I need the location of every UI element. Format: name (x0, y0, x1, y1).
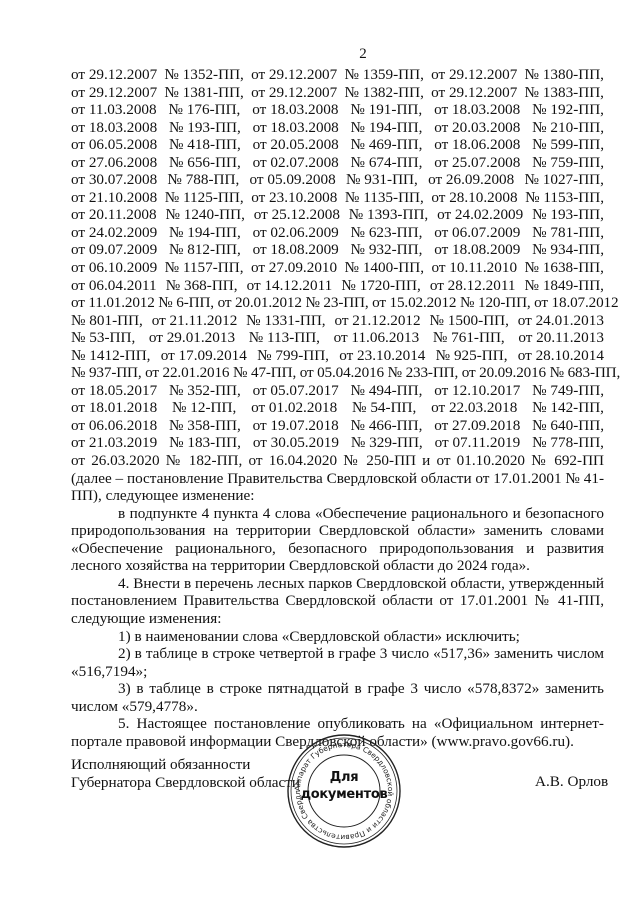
resolution-ref: от 29.01.2013 (149, 329, 235, 347)
resolution-ref: от 20.05.2008 (253, 136, 339, 154)
resolution-ref: от 05.09.2008 (250, 171, 336, 189)
resolution-ref: № 54-ПП, (352, 399, 416, 417)
paragraph-item-4-3: 3) в таблице в строке пятнадцатой в граф… (71, 680, 604, 715)
resolution-row: от 11.03.2008№ 176-ПП,от 18.03.2008№ 191… (71, 101, 604, 119)
resolution-ref: от 06.07.2009 (434, 224, 520, 242)
resolution-ref: от 02.06.2009 (253, 224, 339, 242)
resolution-row: от 21.10.2008№ 1125-ПП,от 23.10.2008№ 11… (71, 189, 604, 207)
resolution-ref: № 781-ПП, (532, 224, 604, 242)
paragraph-item-4-2: 2) в таблице в строке четвертой в графе … (71, 645, 604, 680)
resolution-ref: № 1135-ПП, (345, 189, 424, 207)
resolution-ref: от 09.07.2009 (71, 241, 157, 259)
resolution-ref: от 23.10.2008 (251, 189, 337, 207)
resolution-ref: № 12-ПП, (172, 399, 236, 417)
resolution-ref: от 21.12.2012 (334, 312, 420, 330)
resolution-ref: № 931-ПП, (346, 171, 418, 189)
resolution-row: от 24.02.2009№ 194-ПП,от 02.06.2009№ 623… (71, 224, 604, 242)
resolution-ref: от 05.07.2017 (253, 382, 339, 400)
resolution-ref: № 466-ПП, (351, 417, 423, 435)
closing-text: от 26.03.2020 № 182-ПП, от 16.04.2020 № … (71, 452, 604, 505)
resolution-ref: от 29.12.2007 (71, 66, 157, 84)
resolution-ref: № 1153-ПП, (525, 189, 604, 207)
resolution-row: от 20.11.2008№ 1240-ПП,от 25.12.2008№ 13… (71, 206, 604, 224)
resolution-row: № 1412-ПП,от 17.09.2014№ 799-ПП,от 23.10… (71, 347, 604, 365)
document-body: от 29.12.2007№ 1352-ПП,от 29.12.2007№ 13… (71, 66, 604, 750)
resolution-ref: № 640-ПП, (532, 417, 604, 435)
paragraph-item-4-1: 1) в наименовании слова «Свердловской об… (71, 628, 604, 646)
resolution-list-a: от 29.12.2007№ 1352-ПП,от 29.12.2007№ 13… (71, 66, 604, 294)
resolution-ref: от 12.10.2017 (434, 382, 520, 400)
resolution-ref: № 1352-ПП, (164, 66, 243, 84)
resolution-ref: от 25.12.2008 (254, 206, 340, 224)
resolution-ref: от 18.03.2008 (252, 101, 338, 119)
resolution-ref: № 210-ПП, (532, 119, 604, 137)
resolution-ref: от 06.04.2011 (71, 277, 157, 295)
resolution-ref: от 29.12.2007 (71, 84, 157, 102)
resolution-ref: от 27.09.2018 (434, 417, 520, 435)
resolution-ref: № 1331-ПП, (246, 312, 325, 330)
resolution-ref: от 25.07.2008 (434, 154, 520, 172)
resolution-row: от 06.04.2011№ 368-ПП,от 14.12.2011№ 172… (71, 277, 604, 295)
resolution-ref: от 28.10.2008 (431, 189, 517, 207)
resolution-ref: от 29.12.2007 (251, 84, 337, 102)
resolution-ref: от 18.08.2009 (253, 241, 339, 259)
resolution-ref: от 24.02.2009 (437, 206, 523, 224)
resolution-ref: № 1393-ПП, (349, 206, 428, 224)
resolution-ref: № 925-ПП, (436, 347, 508, 365)
resolution-row: от 09.07.2009№ 812-ПП,от 18.08.2009№ 932… (71, 241, 604, 259)
resolution-ref: от 17.09.2014 (161, 347, 247, 365)
resolution-ref: от 24.01.2013 (518, 312, 604, 330)
signatory-name: А.В. Орлов (535, 773, 608, 791)
resolution-ref: от 01.02.2018 (251, 399, 337, 417)
resolution-ref: от 18.08.2009 (434, 241, 520, 259)
resolution-ref: от 11.03.2008 (71, 101, 157, 119)
paragraph-subclause-4: в подпункте 4 пункта 4 слова «Обеспечени… (71, 505, 604, 575)
resolution-ref: от 22.03.2018 (431, 399, 517, 417)
resolution-ref: от 20.11.2013 (518, 329, 604, 347)
resolution-row: от 06.05.2008№ 418-ПП,от 20.05.2008№ 469… (71, 136, 604, 154)
resolution-ref: № 1240-ПП, (165, 206, 244, 224)
resolution-ref: от 10.11.2010 (431, 259, 517, 277)
resolution-ref: от 27.09.2010 (251, 259, 337, 277)
resolution-row: от 30.07.2008№ 788-ПП,от 05.09.2008№ 931… (71, 171, 604, 189)
resolution-ref: № 932-ПП, (351, 241, 423, 259)
resolution-ref: от 18.03.2008 (434, 101, 520, 119)
resolution-ref: № 176-ПП, (169, 101, 241, 119)
resolution-ref: № 1380-ПП, (525, 66, 604, 84)
resolution-ref: от 28.10.2014 (518, 347, 604, 365)
resolution-row: от 27.06.2008№ 656-ПП,от 02.07.2008№ 674… (71, 154, 604, 172)
resolution-ref: от 27.06.2008 (71, 154, 157, 172)
resolution-row: от 18.05.2017№ 352-ПП,от 05.07.2017№ 494… (71, 382, 604, 400)
resolution-ref: № 183-ПП, (169, 434, 241, 452)
resolution-ref: № 1359-ПП, (344, 66, 423, 84)
resolution-ref: № 778-ПП, (532, 434, 604, 452)
resolution-ref: от 20.11.2008 (71, 206, 157, 224)
resolution-ref: № 142-ПП, (532, 399, 604, 417)
resolution-ref: от 07.11.2019 (435, 434, 521, 452)
resolution-ref: № 358-ПП, (169, 417, 241, 435)
resolution-ref: от 20.03.2008 (434, 119, 520, 137)
resolution-ref: № 113-ПП, (249, 329, 320, 347)
resolution-ref: № 469-ПП, (351, 136, 423, 154)
resolution-ref: № 1382-ПП, (344, 84, 423, 102)
resolution-ref: от 02.07.2008 (253, 154, 339, 172)
resolution-ref: от 18.03.2008 (253, 119, 339, 137)
resolution-ref: от 18.01.2018 (71, 399, 157, 417)
resolution-ref: от 30.07.2008 (71, 171, 157, 189)
resolution-ref: № 801-ПП, (71, 312, 143, 330)
signature-title-line1: Исполняющий обязанности (71, 756, 300, 774)
resolution-ref: от 30.05.2019 (253, 434, 339, 452)
resolution-ref: от 18.03.2008 (71, 119, 157, 137)
resolution-ref: от 26.09.2008 (428, 171, 514, 189)
resolution-list-c: от 18.05.2017№ 352-ПП,от 05.07.2017№ 494… (71, 382, 604, 452)
resolution-ref: от 29.12.2007 (251, 66, 337, 84)
resolution-ref: от 28.12.2011 (430, 277, 516, 295)
resolution-ref: № 812-ПП, (169, 241, 241, 259)
resolution-ref: № 599-ПП, (532, 136, 604, 154)
resolution-ref: № 1412-ПП, (71, 347, 150, 365)
resolution-ref: от 06.05.2008 (71, 136, 157, 154)
resolution-line-2016: № 937-ПП, от 22.01.2016 № 47-ПП, от 05.0… (71, 364, 604, 382)
resolution-ref: № 799-ПП, (257, 347, 329, 365)
resolution-ref: № 1381-ПП, (164, 84, 243, 102)
resolution-ref: № 1849-ПП, (525, 277, 604, 295)
resolution-row: от 18.01.2018№ 12-ПП,от 01.02.2018№ 54-П… (71, 399, 604, 417)
resolution-ref: № 1383-ПП, (525, 84, 604, 102)
resolution-ref: от 23.10.2014 (339, 347, 425, 365)
resolution-ref: от 18.06.2008 (434, 136, 520, 154)
resolution-ref: № 494-ПП, (351, 382, 423, 400)
resolution-ref: от 29.12.2007 (431, 84, 517, 102)
resolution-ref: № 418-ПП, (169, 136, 241, 154)
resolution-ref: № 1500-ПП, (429, 312, 508, 330)
resolution-ref: от 24.02.2009 (71, 224, 157, 242)
resolution-ref: от 21.03.2019 (71, 434, 157, 452)
resolution-ref: от 11.06.2013 (334, 329, 420, 347)
resolution-ref: № 193-ПП, (532, 206, 604, 224)
resolution-ref: от 29.12.2007 (431, 66, 517, 84)
resolution-row: от 06.10.2009№ 1157-ПП,от 27.09.2010№ 14… (71, 259, 604, 277)
resolution-ref: № 1638-ПП, (524, 259, 603, 277)
resolution-row: № 801-ПП,от 21.11.2012№ 1331-ПП,от 21.12… (71, 312, 604, 330)
resolution-ref: № 192-ПП, (532, 101, 604, 119)
resolution-ref: № 193-ПП, (169, 119, 241, 137)
resolution-ref: от 18.05.2017 (71, 382, 157, 400)
resolution-ref: № 368-ПП, (166, 277, 238, 295)
resolution-ref: от 06.10.2009 (71, 259, 157, 277)
resolution-ref: № 1125-ПП, (165, 189, 244, 207)
signature-title-line2: Губернатора Свердловской области (71, 774, 300, 792)
official-stamp: Аппарат Губернатора Свердловской области… (286, 733, 402, 849)
resolution-ref: № 934-ПП, (532, 241, 604, 259)
resolution-ref: № 53-ПП, (71, 329, 135, 347)
resolution-ref: № 1027-ПП, (524, 171, 603, 189)
resolution-ref: № 759-ПП, (532, 154, 604, 172)
resolution-ref: от 21.11.2012 (152, 312, 238, 330)
resolution-ref: № 761-ПП, (433, 329, 505, 347)
resolution-row: № 53-ПП,от 29.01.2013№ 113-ПП,от 11.06.2… (71, 329, 604, 347)
resolution-ref: № 749-ПП, (532, 382, 604, 400)
resolution-ref: № 674-ПП, (351, 154, 423, 172)
resolution-row: от 18.03.2008№ 193-ПП,от 18.03.2008№ 194… (71, 119, 604, 137)
signature-title: Исполняющий обязанности Губернатора Свер… (71, 756, 300, 791)
resolution-ref: № 1157-ПП, (165, 259, 244, 277)
resolution-ref: № 191-ПП, (350, 101, 422, 119)
resolution-line-2012: от 11.01.2012 № 6-ПП, от 20.01.2012 № 23… (71, 294, 604, 312)
resolution-ref: от 21.10.2008 (71, 189, 157, 207)
resolution-ref: от 19.07.2018 (253, 417, 339, 435)
resolution-ref: № 788-ПП, (167, 171, 239, 189)
resolution-list-b: № 801-ПП,от 21.11.2012№ 1331-ПП,от 21.12… (71, 312, 604, 365)
resolution-ref: № 194-ПП, (169, 224, 241, 242)
resolution-ref: № 656-ПП, (169, 154, 241, 172)
resolution-ref: № 352-ПП, (169, 382, 241, 400)
resolution-ref: № 623-ПП, (351, 224, 423, 242)
paragraph-item-4: 4. Внести в перечень лесных парков Сверд… (71, 575, 604, 628)
resolution-ref: № 194-ПП, (351, 119, 423, 137)
resolution-ref: № 329-ПП, (351, 434, 423, 452)
page-number: 2 (0, 46, 640, 63)
resolution-ref: № 1400-ПП, (345, 259, 424, 277)
resolution-ref: от 14.12.2011 (247, 277, 333, 295)
resolution-ref: от 06.06.2018 (71, 417, 157, 435)
resolution-row: от 21.03.2019№ 183-ПП,от 30.05.2019№ 329… (71, 434, 604, 452)
resolution-row: от 06.06.2018№ 358-ПП,от 19.07.2018№ 466… (71, 417, 604, 435)
resolution-row: от 29.12.2007№ 1352-ПП,от 29.12.2007№ 13… (71, 66, 604, 84)
stamp-center-text: Для документов (286, 769, 402, 803)
resolution-ref: № 1720-ПП, (341, 277, 420, 295)
resolution-row: от 29.12.2007№ 1381-ПП,от 29.12.2007№ 13… (71, 84, 604, 102)
